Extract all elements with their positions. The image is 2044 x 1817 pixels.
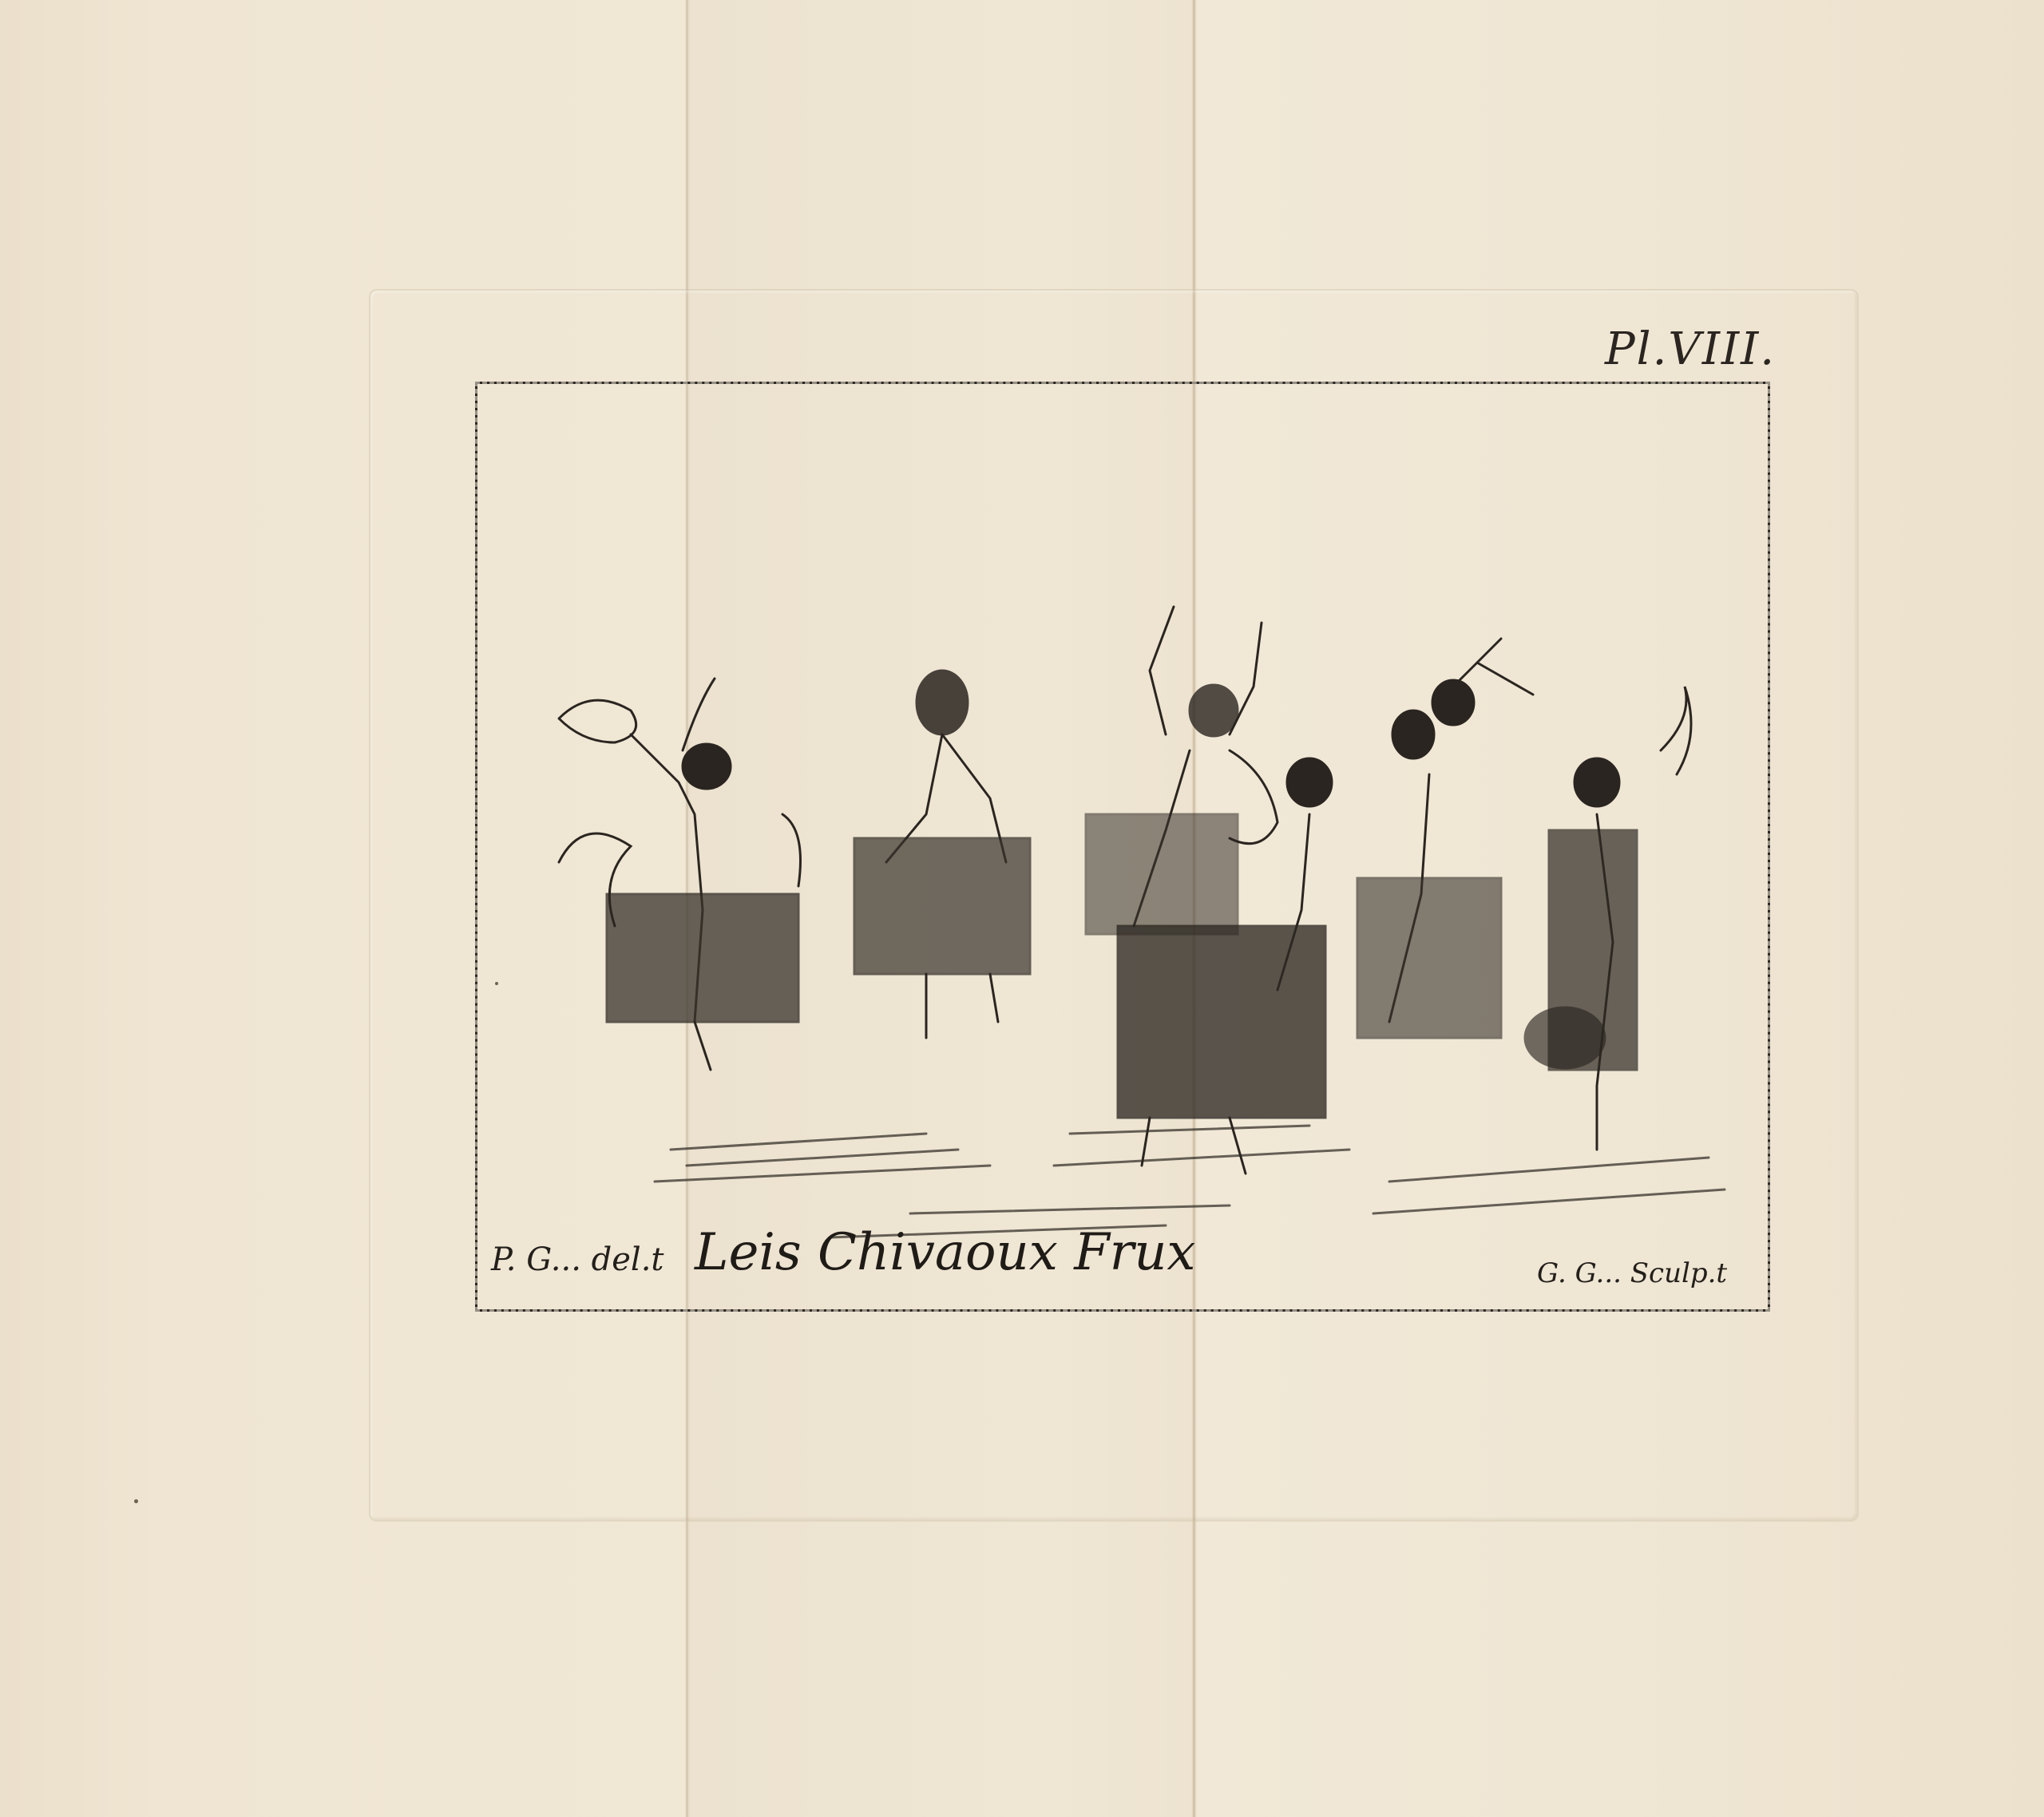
rider-figure-raised-whip [1086, 607, 1277, 934]
rider-figure [854, 671, 1030, 1038]
plate-number: Pl.VIII. [1605, 323, 1776, 375]
engraving-illustration [511, 575, 1757, 1269]
rider-figure [559, 679, 801, 1070]
paper-foxing-spot [495, 982, 498, 985]
draftsman-credit: P. G... del.t [491, 1241, 664, 1278]
paper-foxing-spot [134, 1499, 138, 1503]
ground-hatching-icon [655, 1126, 1725, 1237]
plate-title: Leis Chivaoux Frux [695, 1223, 1196, 1282]
engraver-credit: G. G... Sculp.t [1537, 1257, 1727, 1289]
drummer-figure [1525, 687, 1691, 1150]
